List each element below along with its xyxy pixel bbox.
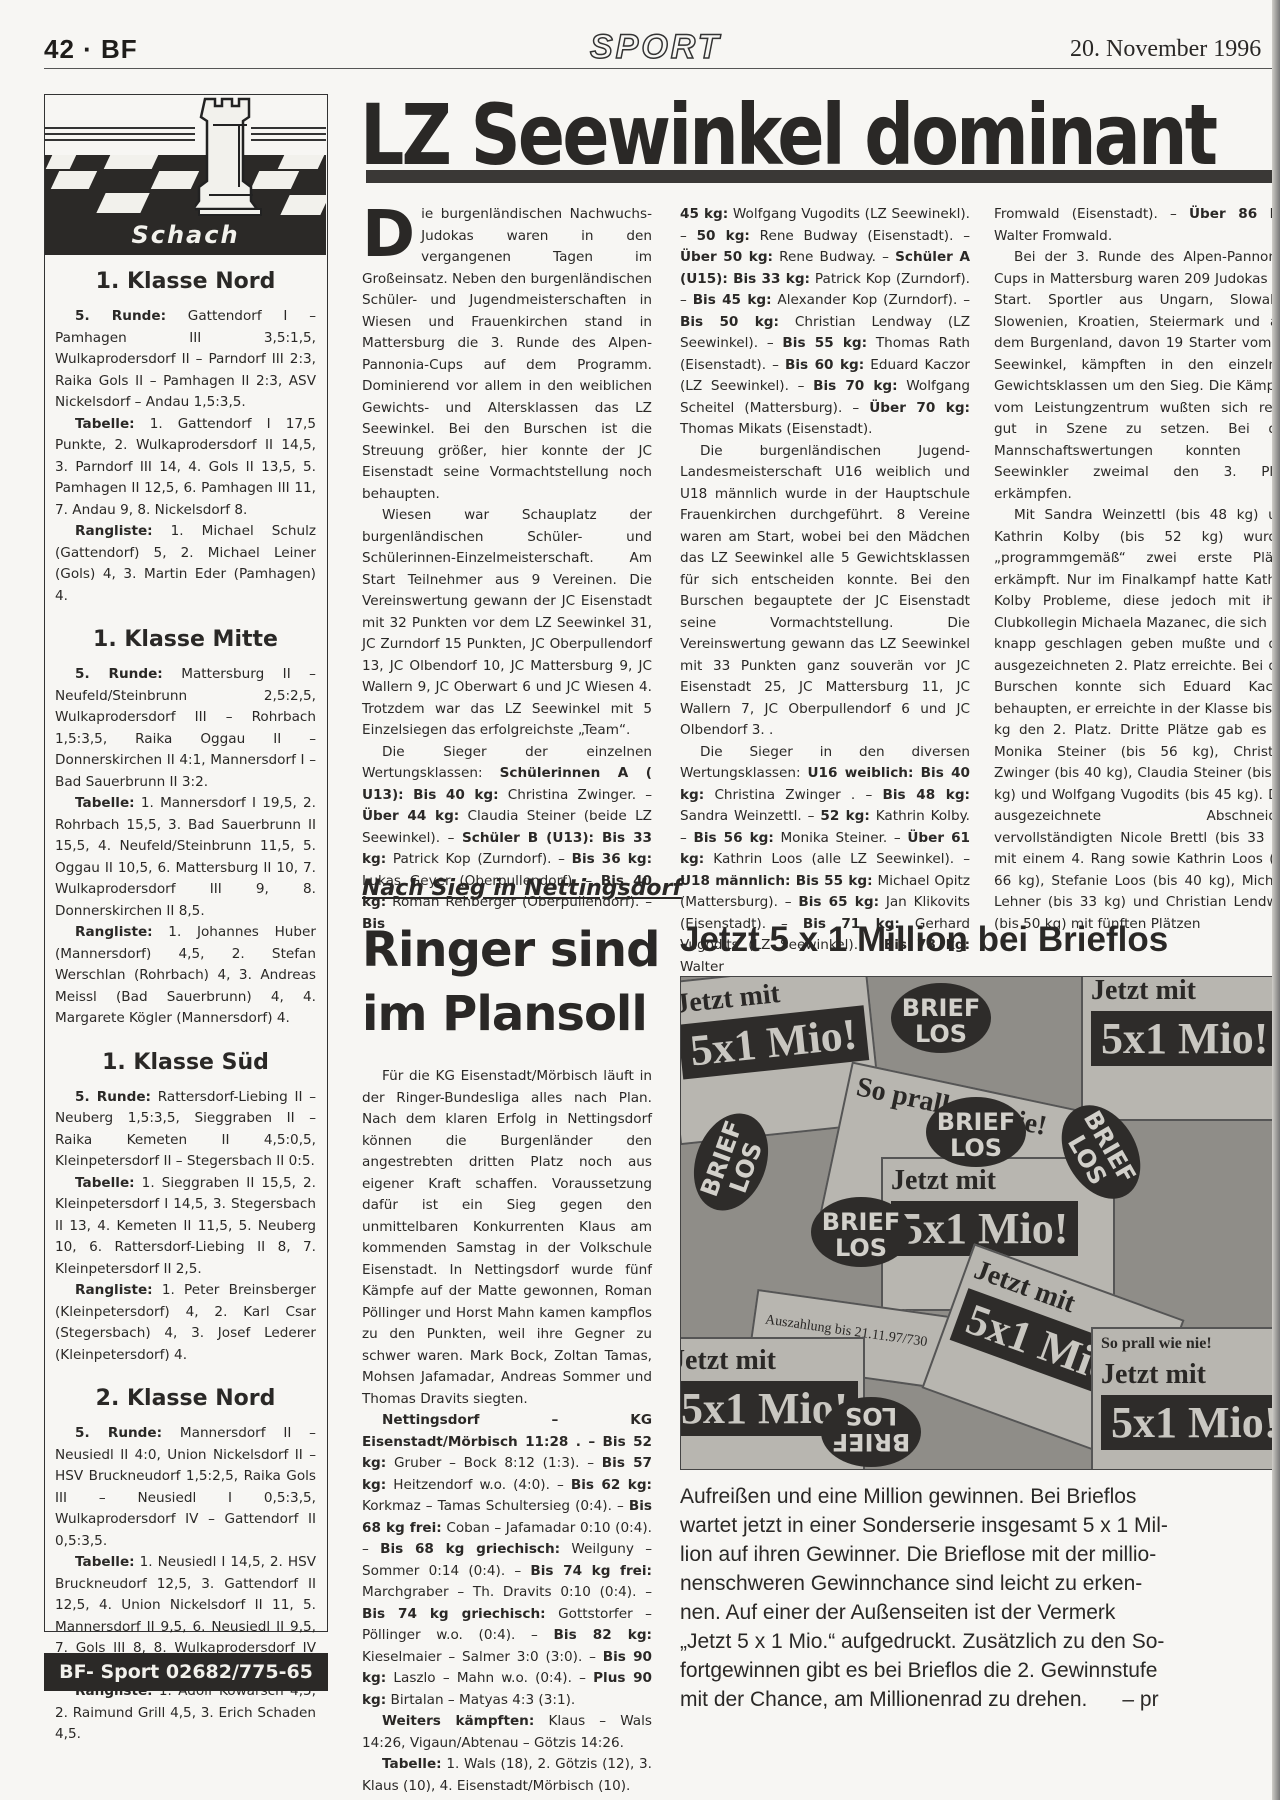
match-results: Nettingsdorf – KG Eisenstadt/Mörbisch 11… [362,1410,652,1711]
ranking: Rangliste: 1. Michael Schulz (Gattendorf… [55,521,316,607]
judo-column-3: Fromwald (Eisenstadt). – Über 86 kg: Wal… [994,204,1280,935]
section-heading: 1. Klasse Süd [55,1050,316,1075]
section-heading: 1. Klasse Nord [55,269,316,294]
article-paragraph: 45 kg: Wolfgang Vugodits (LZ Seewinekl).… [680,204,970,441]
chess-sidebar: Schach 1. Klasse Nord 5. Runde: Gattendo… [44,94,328,1632]
standings: Tabelle: 1. Gattendorf I 17,5 Punkte, 2.… [55,414,316,522]
standings: Tabelle: 1. Mannersdorf I 19,5, 2. Rohrb… [55,793,316,922]
chess-logo-title: Schach [45,221,326,249]
ranking: Rangliste: 1. Peter Breinsberger (Kleinp… [55,1280,316,1366]
league-table: Tabelle: 1. Wals (18), 2. Götzis (12), 3… [362,1754,652,1797]
article-paragraph: Bei der 3. Runde des Alpen-Pannonia-Cups… [994,247,1280,505]
page-edge-shadow [1272,0,1280,1800]
brieflos-photo: Jetzt mit 5x1 Mio! Jetzt mit 5x1 Mio! So… [680,976,1280,1470]
section-heading: 1. Klasse Mitte [55,627,316,652]
brieflos-body: Aufreißen und eine Million gewinnen. Bei… [680,1482,1280,1714]
article-paragraph: Wiesen war Schauplatz der burgenländisch… [362,505,652,742]
brieflos-logo: BRIEFLOS [926,1097,1026,1167]
headline-underline-bar [366,170,1280,183]
brieflos-logo: BRIEFLOS [891,983,991,1053]
article-paragraph: Die burgenländischen Nachwuchs-Judokas w… [362,204,652,505]
lottery-ticket: Jetzt mit 5x1 Mio! [1081,976,1280,1121]
chessboard-graphic [45,155,326,227]
ringer-body: Für die KG Eisenstadt/Mörbisch läuft in … [362,1066,652,1797]
ringer-headline: Ringer sind im Plansoll [362,918,662,1046]
section-title: SPORT [590,28,722,67]
rook-icon [195,95,265,225]
brieflos-headline: Jetzt 5 x 1 Million bei Brieflos [680,920,1168,960]
other-results: Weiters kämpften: Klaus – Wals 14:26, Vi… [362,1711,652,1754]
chess-logo: Schach [45,95,326,255]
round-results: 5. Runde: Mannersdorf II – Neusiedl II 4… [55,1423,316,1552]
lottery-ticket: So prall wie nie! Jetzt mit 5x1 Mio! [1091,1327,1280,1470]
article-paragraph: Mit Sandra Weinzettl (bis 48 kg) und Kat… [994,505,1280,935]
article-paragraph: Die Sieger der einzelnen Wertungsklassen… [362,742,652,936]
chess-results: 1. Klasse Nord 5. Runde: Gattendorf I – … [45,255,326,1746]
ranking: Rangliste: 1. Johannes Huber (Mannersdor… [55,922,316,1030]
standings: Tabelle: 1. Sieggraben II 15,5, 2. Klein… [55,1173,316,1281]
ringer-kicker: Nach Sieg in Nettingsdorf [362,876,682,901]
round-results: 5. Runde: Mattersburg II – Neufeld/Stein… [55,664,316,793]
drop-cap: D [362,206,415,264]
issue-date: 20. November 1996 [1070,36,1261,63]
brieflos-logo: BRIEFLOS [811,1197,911,1267]
section-heading: 2. Klasse Nord [55,1386,316,1411]
header-divider [44,68,1280,69]
judo-column-2: 45 kg: Wolfgang Vugodits (LZ Seewinekl).… [680,204,970,978]
round-results: 5. Runde: Rattersdorf-Liebing II – Neube… [55,1087,316,1173]
article-paragraph: Die burgenländischen Jugend-Landesmeiste… [680,441,970,742]
page-number-label: 42 · BF [44,34,138,65]
article-paragraph: Für die KG Eisenstadt/Mörbisch läuft in … [362,1066,652,1410]
brieflos-logo: BRIEFLOS [821,1397,921,1467]
sport-phone-banner: BF- Sport 02682/775-65 [44,1653,328,1691]
round-results: 5. Runde: Gattendorf I – Pamhagen III 3,… [55,306,316,414]
judo-column-1: Die burgenländischen Nachwuchs-Judokas w… [362,204,652,935]
article-paragraph: Fromwald (Eisenstadt). – Über 86 kg: Wal… [994,204,1280,247]
